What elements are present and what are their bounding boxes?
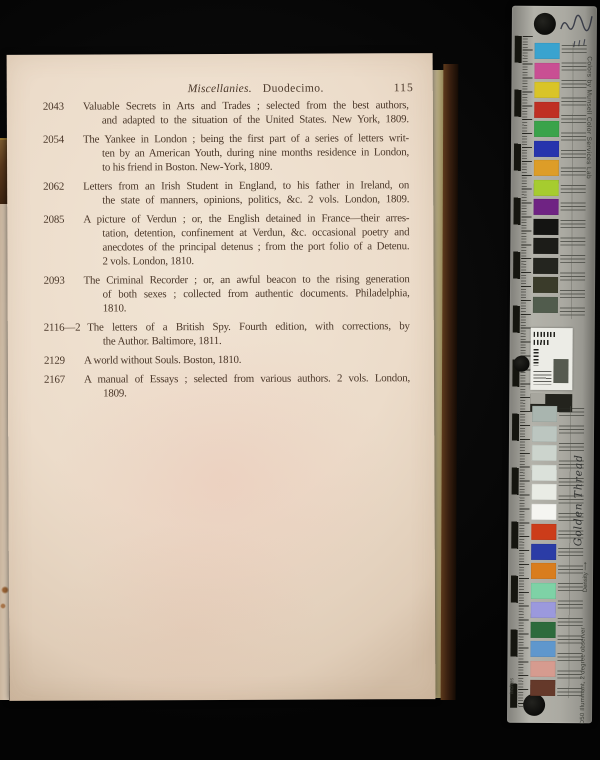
book-page: Miscellanies.Duodecimo. 115 2043Valuable… bbox=[7, 53, 436, 701]
resolution-test-chart bbox=[530, 328, 572, 390]
color-patch bbox=[534, 199, 559, 215]
registration-dot-icon bbox=[523, 694, 545, 716]
patch-value-microtext bbox=[560, 43, 587, 319]
color-patch bbox=[534, 121, 559, 137]
page-number: 115 bbox=[394, 81, 414, 94]
book-cover-edge bbox=[441, 64, 459, 700]
color-patch bbox=[530, 680, 555, 696]
color-patch bbox=[533, 277, 558, 293]
catalog-entry: 2085A picture of Verdun ; or, the Englis… bbox=[43, 211, 409, 269]
entry-number: 2093 bbox=[44, 274, 77, 288]
brand-label: Golden Thread bbox=[572, 328, 586, 546]
entry-line: anecdotes of the principal detenus ; fro… bbox=[43, 239, 409, 255]
entry-line: 1810. bbox=[44, 300, 410, 316]
resolution-microtext bbox=[533, 371, 551, 385]
color-patch bbox=[531, 621, 556, 637]
color-patch bbox=[534, 140, 559, 156]
catalog-entries: 2043Valuable Secrets in Arts and Trades … bbox=[43, 98, 410, 406]
catalog-entry: 2043Valuable Secrets in Arts and Trades … bbox=[43, 98, 409, 128]
entry-number: 2085 bbox=[43, 213, 76, 227]
entry-line: 1809. bbox=[44, 385, 410, 401]
entry-line: the state of manners, opinions, politics… bbox=[43, 192, 409, 208]
resolution-bars bbox=[533, 349, 538, 366]
color-patch bbox=[531, 582, 556, 598]
registration-dot-icon bbox=[534, 13, 556, 35]
color-patch bbox=[532, 484, 557, 500]
catalog-entry: 2167A manual of Essays ; selected from v… bbox=[44, 371, 410, 401]
color-patch bbox=[532, 445, 557, 461]
catalog-entry: 2093The Criminal Recorder ; or, an awful… bbox=[44, 272, 410, 316]
color-patch bbox=[530, 641, 555, 657]
catalog-entry: 2054The Yankee in London ; being the fir… bbox=[43, 131, 409, 175]
color-patch bbox=[531, 602, 556, 618]
entry-text: A manual of Essays ; selected from vario… bbox=[84, 372, 410, 385]
entry-text: A picture of Verdun ; or, the English de… bbox=[83, 212, 409, 225]
entry-line: 2167A manual of Essays ; selected from v… bbox=[44, 371, 410, 387]
color-patch bbox=[534, 179, 559, 195]
entry-line: ten by an American Youth, during nine mo… bbox=[43, 145, 409, 161]
color-patch bbox=[534, 160, 559, 176]
entry-line: of both sexes ; collected from authentic… bbox=[44, 286, 410, 302]
reference-notch bbox=[530, 394, 545, 404]
color-patch bbox=[533, 296, 558, 312]
resolution-bars bbox=[534, 340, 549, 345]
entry-number: 2129 bbox=[44, 354, 77, 368]
illuminant-label: D50 Illuminant, 2 degree observer bbox=[580, 590, 587, 724]
entry-text: Valuable Secrets in Arts and Trades ; se… bbox=[83, 99, 409, 112]
entry-number: 2062 bbox=[43, 180, 76, 194]
color-patch bbox=[533, 257, 558, 273]
color-patch bbox=[530, 660, 555, 676]
color-patch bbox=[532, 425, 557, 441]
section-title: Miscellanies. bbox=[188, 82, 252, 95]
entry-line: the Author. Baltimore, 1811. bbox=[44, 333, 410, 349]
entry-line: to his friend in Boston. New-York, 1809. bbox=[43, 159, 409, 175]
entry-line: 2129A world without Souls. Boston, 1810. bbox=[44, 352, 410, 368]
color-patch bbox=[531, 503, 556, 519]
entry-number: 2167 bbox=[44, 373, 77, 387]
entry-text: The Criminal Recorder ; or, an awful bea… bbox=[84, 273, 410, 286]
entry-line: 2116—2The letters of a British Spy. Four… bbox=[44, 319, 410, 335]
catalog-entry: 2116—2The letters of a British Spy. Four… bbox=[44, 319, 410, 349]
color-patch bbox=[534, 82, 559, 98]
color-patch bbox=[532, 464, 557, 480]
gray-ramp-column bbox=[531, 406, 557, 520]
entry-text: The Yankee in London ; being the first p… bbox=[83, 132, 409, 145]
color-calibration-target: Colors by Munsell Color Services Lab Gol… bbox=[507, 6, 597, 724]
color-patch bbox=[531, 543, 556, 559]
gray-reference-square bbox=[553, 359, 568, 383]
color-patch bbox=[531, 563, 556, 579]
color-patch bbox=[531, 524, 556, 540]
color-patch bbox=[535, 43, 560, 59]
munsell-credit-label: Colors by Munsell Color Services Lab bbox=[584, 56, 593, 321]
entry-line: 2 vols. London, 1810. bbox=[43, 253, 409, 269]
entry-number: 2116—2 bbox=[44, 321, 81, 335]
running-header: Miscellanies.Duodecimo. 115 bbox=[7, 81, 433, 99]
scanned-book-photograph: Miscellanies.Duodecimo. 115 2043Valuable… bbox=[0, 0, 600, 760]
inches-label: inches bbox=[509, 642, 515, 694]
entry-text: Letters from an Irish Student in England… bbox=[83, 179, 409, 192]
entry-text: A world without Souls. Boston, 1810. bbox=[84, 354, 241, 367]
format-label: Duodecimo. bbox=[263, 82, 324, 95]
color-patch-column bbox=[530, 524, 556, 696]
color-patch bbox=[533, 238, 558, 254]
resolution-bars bbox=[534, 332, 556, 337]
registration-dot-icon bbox=[513, 356, 529, 372]
color-patch bbox=[534, 62, 559, 78]
entry-number: 2043 bbox=[43, 100, 76, 114]
entry-number: 2054 bbox=[43, 133, 76, 147]
color-patch-column bbox=[533, 43, 560, 313]
catalog-entry: 2129A world without Souls. Boston, 1810. bbox=[44, 352, 410, 368]
density-scale-label: Density ⟶ bbox=[582, 534, 589, 592]
entry-text: The letters of a British Spy. Fourth edi… bbox=[87, 320, 410, 333]
color-patch bbox=[532, 406, 557, 422]
entry-line: and adapted to the situation of the Unit… bbox=[43, 112, 409, 128]
color-patch bbox=[533, 218, 558, 234]
catalog-entry: 2062Letters from an Irish Student in Eng… bbox=[43, 178, 409, 208]
color-patch bbox=[534, 101, 559, 117]
